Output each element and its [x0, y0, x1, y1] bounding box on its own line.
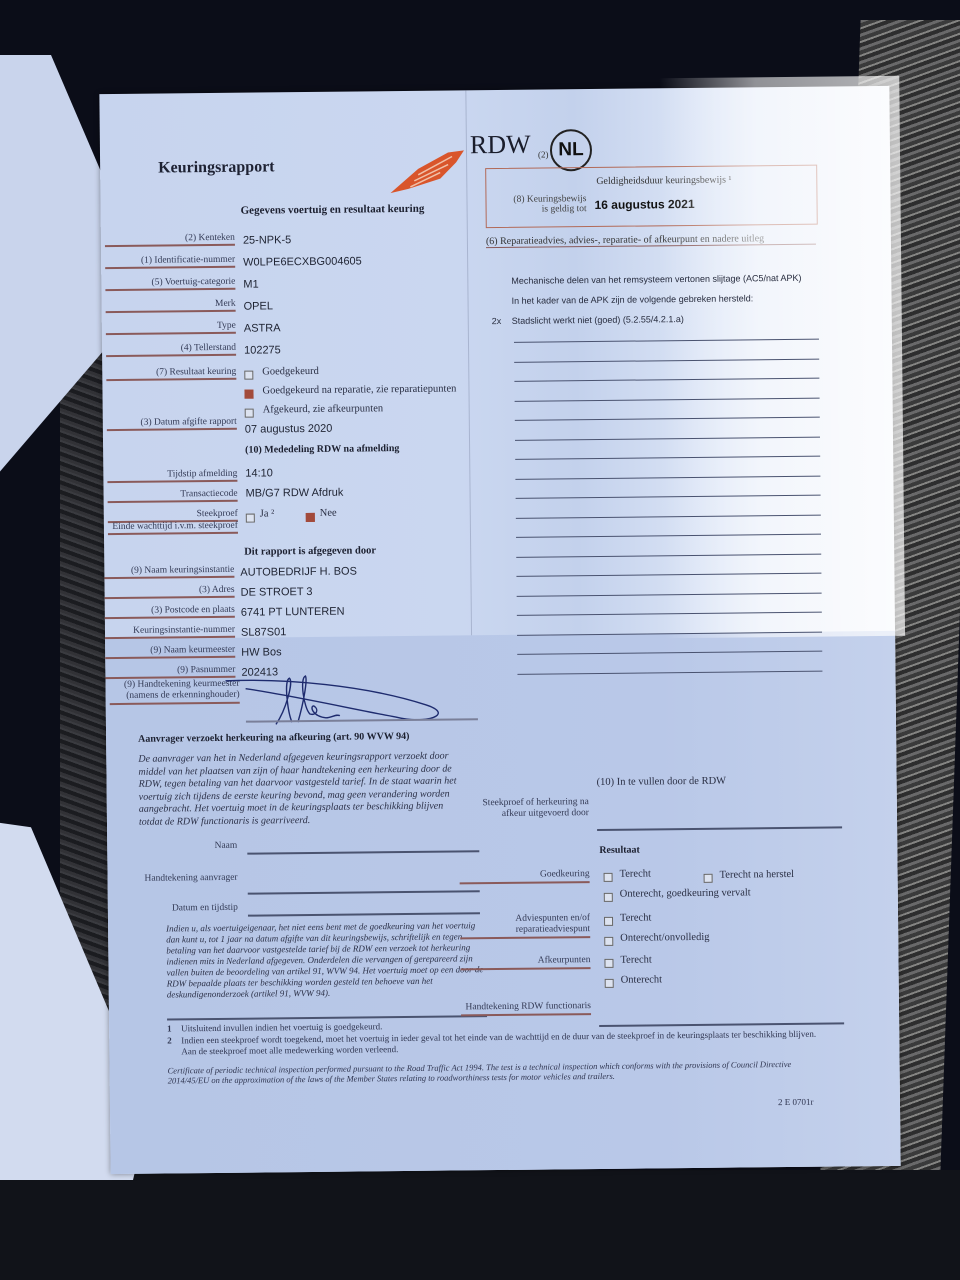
inspector-signature-icon: [225, 670, 456, 732]
rdw-option-label: Onterecht, goedkeuring vervalt: [620, 887, 751, 899]
time-value: 14:10: [245, 467, 273, 479]
rdw-notice-heading: (10) Mededeling RDW na afmelding: [245, 443, 399, 456]
issuer-field-value: 202413: [241, 666, 278, 678]
field-label: (2) Kenteken: [105, 233, 235, 247]
advice-lines: [99, 86, 889, 94]
field-value: ASTRA: [244, 322, 281, 334]
result-heading: Resultaat: [599, 845, 640, 856]
rdw-checkbox[interactable]: [604, 917, 613, 926]
result-label: (7) Resultaat keuring: [106, 367, 236, 381]
advice-line: In het kader van de APK zijn de volgende…: [512, 293, 754, 306]
field-value: 102275: [244, 344, 281, 356]
result-option-label: Goedgekeurd: [262, 366, 319, 378]
rdw-checkbox[interactable]: [604, 959, 613, 968]
rdw-checkbox[interactable]: [605, 979, 614, 988]
issue-date-value: 07 augustus 2020: [245, 423, 333, 436]
ruled-line: [515, 417, 820, 421]
rdw-result-groups: [99, 86, 889, 94]
field-value: W0LPE6ECXBG004605: [243, 255, 362, 268]
advice-heading: (6) Reparatieadvies, advies-, reparatie-…: [486, 233, 816, 248]
rdw-group-label: Afkeurpunten: [460, 955, 590, 970]
issuer-field-label: (9) Naam keuringsinstantie: [104, 565, 234, 579]
field-value: M1: [243, 279, 258, 291]
issue-date-label: (3) Datum afgifte rapport: [107, 417, 237, 431]
vehicle-fields: [99, 86, 889, 94]
ruled-line: [515, 436, 820, 440]
report-title: Keuringsrapport: [158, 158, 275, 177]
rdw-option-label: Terecht: [620, 912, 651, 923]
issuer-field-label: (3) Postcode en plaats: [105, 605, 235, 619]
ruled-line: [514, 378, 819, 382]
issuer-field-label: (9) Naam keurmeester: [105, 645, 235, 659]
owner-paragraph: Indien u, als voertuigeigenaar, het niet…: [166, 920, 487, 1000]
wait-time-label: Einde wachttijd i.v.m. steekproef: [108, 521, 238, 535]
ruled-line: [515, 397, 820, 401]
transaction-value: MB/G7 RDW Afdruk: [245, 487, 343, 500]
footnote-number: 2: [167, 1035, 172, 1046]
field-label: Type: [106, 321, 236, 335]
performed-by-label: Steekproef of herkeuring na afkeur uitge…: [459, 797, 589, 821]
ruled-lines: [99, 86, 889, 94]
background-dark: [0, 1170, 960, 1280]
ruled-line: [516, 573, 821, 577]
field-label: (1) Identificatie-nummer: [105, 255, 235, 269]
advice-prefix: 2x: [492, 316, 502, 326]
rdw-checkbox[interactable]: [604, 937, 613, 946]
form-code: 2 E 0701r: [778, 1097, 814, 1108]
rdw-signature-label: Handtekening RDW functionaris: [461, 1001, 591, 1016]
issuer-fields: [99, 86, 889, 94]
validity-date: 16 augustus 2021: [594, 197, 694, 212]
field-label: (4) Tellerstand: [106, 343, 236, 357]
rdw-checkbox[interactable]: [604, 873, 613, 882]
ruled-line: [514, 358, 819, 362]
rdw-option-label: Onterecht: [621, 974, 663, 985]
time-label: Tijdstip afmelding: [107, 469, 237, 483]
result-option-label: Goedgekeurd na reparatie, zie reparatiep…: [262, 383, 456, 396]
sample-checkbox[interactable]: [246, 514, 255, 523]
reinspection-paragraph: De aanvrager van het in Nederland afgege…: [138, 750, 469, 828]
ruled-line: [517, 612, 822, 616]
applicant-name-label: Naam: [107, 841, 237, 853]
rdw-checkbox[interactable]: [604, 893, 613, 902]
result-checkbox[interactable]: [244, 371, 253, 380]
issuer-field-value: DE STROET 3: [241, 586, 313, 599]
rdw-option-label: Onterecht/onvolledig: [620, 932, 709, 944]
transaction-label: Transactiecode: [108, 489, 238, 503]
validity-box: Geldigheidsduur keuringsbewijs ¹ (8) Keu…: [485, 165, 818, 228]
field-label: (5) Voertuig-categorie: [105, 277, 235, 291]
field-value: 25-NPK-5: [243, 234, 291, 247]
issuer-field-value: 6741 PT LUNTEREN: [241, 606, 345, 619]
issuer-field-label: (9) Pasnummer: [105, 665, 235, 679]
rdw-option-label: Terecht na herstel: [720, 869, 795, 881]
sample-checkbox[interactable]: [306, 513, 315, 522]
result-option-label: Afgekeurd, zie afkeurpunten: [263, 403, 384, 415]
rdw-logo-text: RDW: [470, 130, 531, 161]
inspector-signature-label: (9) Handtekening keurmeester (namens de …: [110, 679, 240, 705]
ruled-line: [516, 553, 821, 557]
advice-line: Mechanische delen van het remsysteem ver…: [511, 273, 801, 286]
field-label: Merk: [106, 299, 236, 313]
ruled-line: [516, 534, 821, 538]
datetime-label: Datum en tijdstip: [108, 903, 238, 915]
issuer-heading: Dit rapport is afgegeven door: [244, 545, 376, 557]
rdw-group-label: Adviespunten en/of reparatieadviespunt: [460, 913, 590, 939]
footnote-number: 1: [167, 1023, 172, 1034]
ruled-line: [517, 592, 822, 596]
ruled-line: [516, 495, 821, 499]
country-code-badge: NL: [550, 129, 592, 171]
inspection-report-document: Keuringsrapport RDW (2) NL Gegevens voer…: [99, 86, 900, 1174]
applicant-signature-label: Handtekening aanvrager: [108, 873, 238, 885]
ruled-line: [514, 339, 819, 343]
validity-title: Geldigheidsduur keuringsbewijs ¹: [596, 175, 731, 187]
sample-options: [99, 86, 889, 94]
ruled-line: [516, 514, 821, 518]
country-code-superscript: (2): [538, 149, 549, 159]
result-checkbox[interactable]: [245, 409, 254, 418]
footnotes: [99, 86, 889, 94]
issuer-field-value: SL87S01: [241, 626, 286, 638]
ruled-line: [515, 456, 820, 460]
issuer-field-value: AUTOBEDRIJF H. BOS: [240, 565, 357, 578]
rdw-checkbox[interactable]: [704, 874, 713, 883]
rdw-option-label: Terecht: [620, 954, 651, 965]
result-checkbox[interactable]: [244, 390, 253, 399]
sample-option-label: Ja ²: [260, 508, 275, 519]
vehicle-section-heading: Gegevens voertuig en resultaat keuring: [241, 203, 425, 217]
advice-line: Stadslicht werkt niet (goed) (5.2.55/4.2…: [512, 314, 684, 326]
issuer-field-label: Keuringsinstantie-nummer: [105, 625, 235, 639]
rdw-group-label: Goedkeuring: [460, 869, 590, 884]
ruled-line: [515, 475, 820, 479]
rdw-fill-heading: (10) In te vullen door de RDW: [597, 776, 727, 788]
sample-option-label: Nee: [320, 508, 337, 519]
rdw-wing-logo-icon: [388, 148, 468, 195]
issuer-field-value: HW Bos: [241, 646, 281, 658]
rdw-option-label: Terecht: [620, 868, 651, 879]
field-value: OPEL: [244, 300, 273, 312]
validity-label: (8) Keuringsbewijs is geldig tot: [506, 194, 586, 215]
issuer-field-label: (3) Adres: [105, 585, 235, 599]
result-options: [99, 86, 889, 94]
